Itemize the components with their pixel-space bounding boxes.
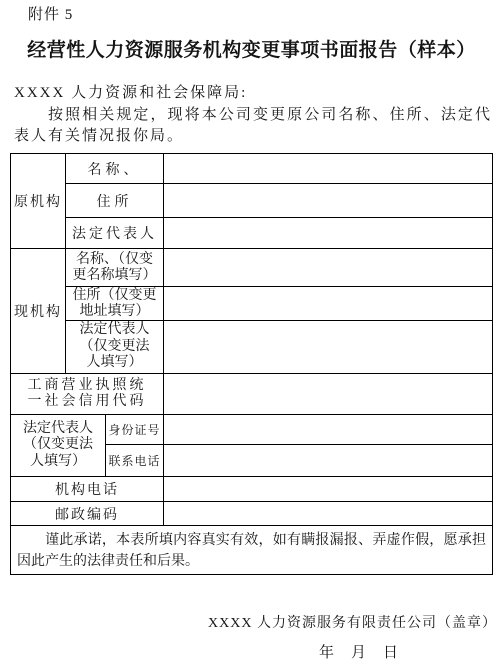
table-row: 法定代表人 （仅变更法 人填写） 身份证号 [11, 415, 493, 445]
original-address-value [164, 184, 493, 218]
contact-phone-value [164, 445, 493, 477]
document-page: { "document": { "attachment": "附件 5", "t… [0, 0, 503, 664]
original-org-group-label: 原机构 [11, 154, 66, 249]
postal-code-value [164, 502, 493, 526]
current-org-group-label: 现机构 [11, 249, 66, 374]
intro-section: XXXX 人力资源和社会保障局: 按照相关规定，现将本公司变更原公司名称、住所、… [14, 83, 492, 148]
license-code-label: 工商营业执照统 一社会信用代码 [11, 374, 164, 415]
salutation-line: XXXX 人力资源和社会保障局: [14, 83, 492, 105]
signature-date-line: 年 月 日 [319, 641, 399, 662]
table-row: 法定代表人 （仅变更法 人填写） [11, 321, 493, 374]
current-legal-rep-label: 法定代表人 （仅变更法 人填写） [66, 321, 164, 374]
intro-paragraph: 按照相关规定，现将本公司变更原公司名称、住所、法定代表人有关情况报你局。 [14, 105, 492, 148]
attachment-label: 附件 5 [28, 3, 73, 24]
table-row: 住所（仅变更 地址填写） [11, 287, 493, 321]
original-address-label: 住所 [66, 184, 164, 218]
commitment-statement: 谨此承诺，本表所填内容真实有效，如有瞒报漏报、弄虚作假，愿承担因此产生的法律责任… [17, 530, 486, 572]
table-row: 现机构 名称、（仅变 更名称填写） [11, 249, 493, 287]
table-row: 邮政编码 [11, 502, 493, 526]
id-number-label: 身份证号 [106, 415, 164, 445]
original-legal-rep-label: 法定代表人 [66, 218, 164, 249]
original-legal-rep-value [164, 218, 493, 249]
id-number-value [164, 415, 493, 445]
current-address-label: 住所（仅变更 地址填写） [66, 287, 164, 321]
contact-phone-label: 联系电话 [106, 445, 164, 477]
postal-code-label: 邮政编码 [11, 502, 164, 526]
license-code-value [164, 374, 493, 415]
change-report-table: 原机构 名称、 住所 法定代表人 现机构 名称、（仅变 更名称填写） 住所（仅变… [10, 153, 493, 575]
table-row: 法定代表人 [11, 218, 493, 249]
org-phone-value [164, 477, 493, 502]
current-address-value [164, 287, 493, 321]
current-name-label: 名称、（仅变 更名称填写） [66, 249, 164, 287]
table-row: 工商营业执照统 一社会信用代码 [11, 374, 493, 415]
legal-rep-group-label: 法定代表人 （仅变更法 人填写） [11, 415, 106, 477]
table-row: 机构电话 [11, 477, 493, 502]
page-title: 经营性人力资源服务机构变更事项书面报告（样本） [0, 35, 503, 62]
table-row: 原机构 名称、 [11, 154, 493, 184]
current-name-value [164, 249, 493, 287]
signature-company-line: XXXX 人力资源服务有限责任公司（盖章） [208, 612, 497, 632]
org-phone-label: 机构电话 [11, 477, 164, 502]
commitment-statement-cell: 谨此承诺，本表所填内容真实有效，如有瞒报漏报、弄虚作假，愿承担因此产生的法律责任… [11, 526, 493, 575]
table-row: 住所 [11, 184, 493, 218]
current-legal-rep-value [164, 321, 493, 374]
original-name-label: 名称、 [66, 154, 164, 184]
table-row: 谨此承诺，本表所填内容真实有效，如有瞒报漏报、弄虚作假，愿承担因此产生的法律责任… [11, 526, 493, 575]
original-name-value [164, 154, 493, 184]
